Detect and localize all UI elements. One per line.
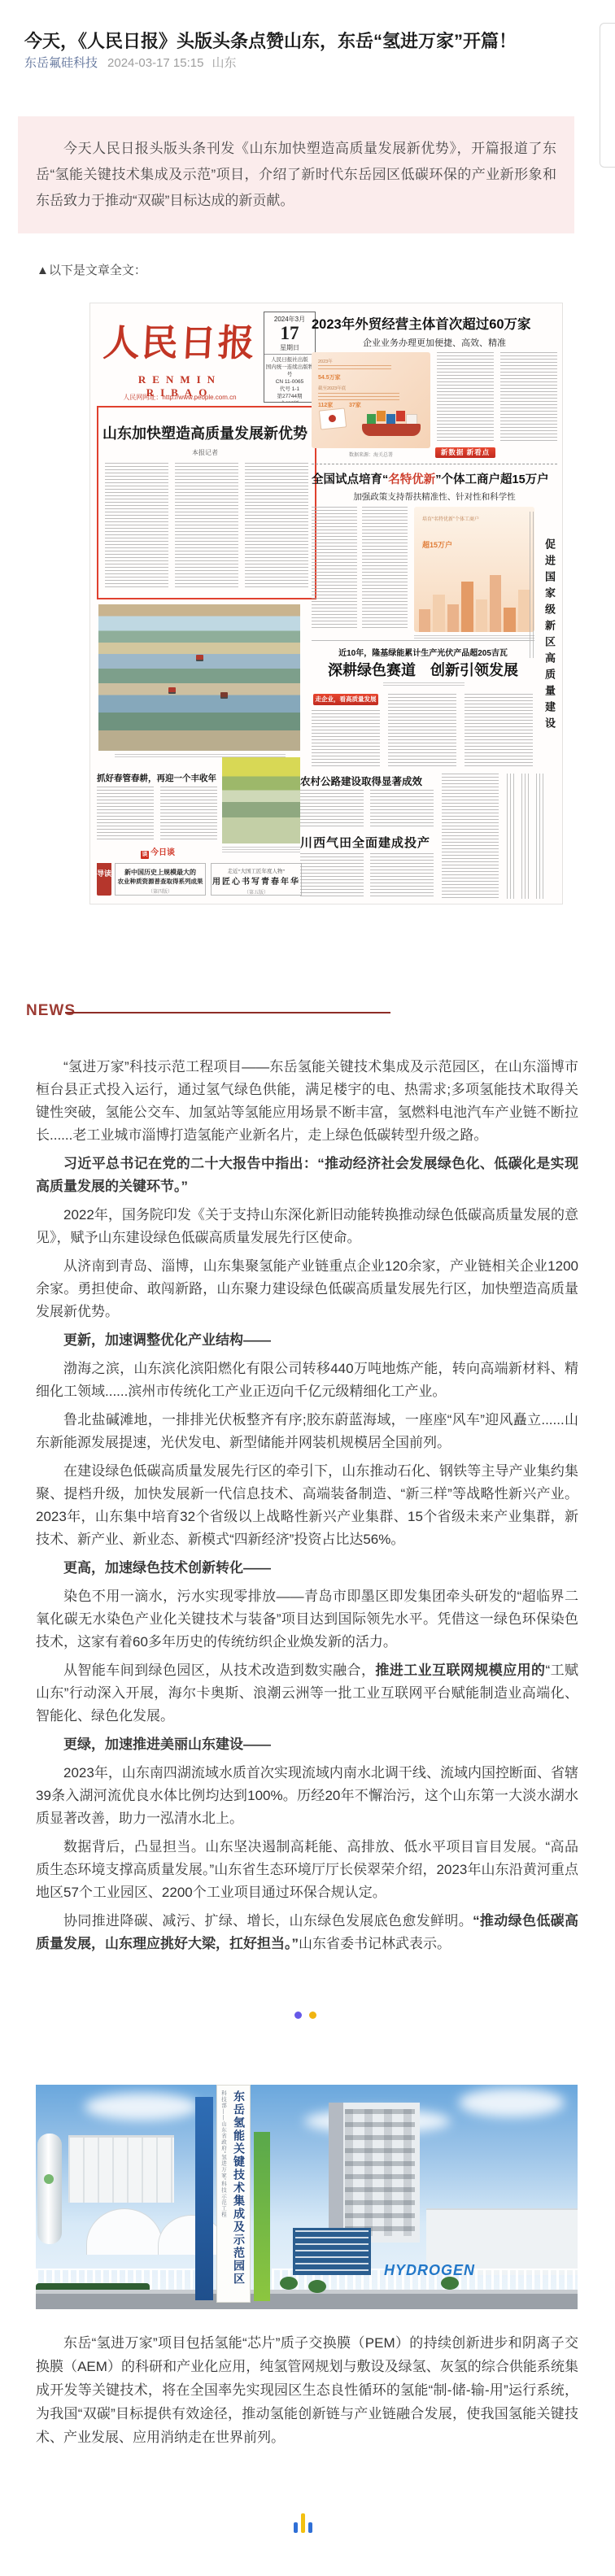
infographic-label: 培育“名特优新”个体工商户 bbox=[422, 515, 479, 522]
simulated-text bbox=[97, 787, 154, 840]
article-paragraph: 2022年，国务院印发《关于支持山东深化新旧动能转换推动绿色低碳高质量发展的意见… bbox=[36, 1204, 578, 1249]
reading-guide-item: 走近“大国工匠年度人物” 用匠心书写青春年华 （第五版） bbox=[211, 863, 302, 896]
simulated-text bbox=[388, 694, 456, 767]
reading-guide-tab: 导读 bbox=[97, 863, 111, 896]
news-divider-label: NEWS bbox=[26, 1002, 76, 1020]
vertical-headline: 促进国家级新区高质量建设 bbox=[539, 507, 557, 765]
shops-infographic: 培育“名特优新”个体工商户 超15万户 bbox=[414, 507, 534, 632]
rapeseed-photo bbox=[222, 757, 300, 843]
divider bbox=[312, 464, 557, 464]
green-sign-pillar bbox=[254, 2132, 270, 2301]
trade-headline: 2023年外贸经营主体首次超过60万家 bbox=[312, 313, 557, 333]
storage-tank bbox=[37, 2134, 62, 2244]
trade-badge: 新数据 新看点 bbox=[435, 447, 495, 458]
white-building bbox=[68, 2135, 174, 2203]
simulated-caption bbox=[222, 847, 300, 854]
farmland-photo bbox=[98, 604, 300, 751]
trade-subheadline: 企业业务办理更加便捷、高效、精准 bbox=[312, 336, 557, 349]
np-date-day: 17 bbox=[264, 324, 315, 343]
simulated-text bbox=[521, 774, 530, 899]
article-paragraph: 协同推进降碳、减污、扩绿、增长，山东绿色发展底色愈发鲜明。“推动绿色低碳高质量发… bbox=[36, 1910, 578, 1955]
laptop-illustration bbox=[319, 408, 347, 429]
simulated-text bbox=[507, 774, 515, 899]
station-canopy bbox=[158, 2215, 225, 2255]
trade-infographic: 2023年 54.5万家 截至2023年底 112家 37家 bbox=[312, 352, 430, 448]
shops-subheadline: 加强政策支持帮扶精准性、针对性和科学性 bbox=[312, 490, 557, 503]
article-meta: 东岳氟硅科技2024-03-17 15:15山东 bbox=[24, 54, 586, 71]
article-paragraph: 更高，加速绿色技术创新转化—— bbox=[36, 1557, 578, 1580]
article-page: 今天，《人民日报》头版头条点赞山东，东岳“氢进万家”开篇！ 东岳氟硅科技2024… bbox=[0, 0, 615, 2576]
tall-gray-building bbox=[329, 2103, 420, 2243]
simulated-text bbox=[465, 694, 533, 767]
gas-headline: 川西气田全面建成投产 bbox=[300, 834, 438, 851]
simulated-text bbox=[105, 463, 168, 590]
infographic-stat: 37家 bbox=[349, 401, 361, 409]
newspaper-date-box: 2024年3月 17 星期日 人民日报社出版 国内统一连续出版物号 CN 11-… bbox=[264, 312, 316, 403]
simulated-text bbox=[442, 774, 499, 899]
summary-box: 今天人民日报头版头条刊发《山东加快塑造高质量发展新优势》，开篇报道了东岳“氢能关… bbox=[18, 116, 574, 233]
longi-kicker: 近10年，隆基绿能累计生产光伏产品超205吉瓦 bbox=[312, 646, 534, 658]
np-serial: 国内统一连续出版物号 bbox=[264, 364, 315, 378]
floating-side-panel[interactable] bbox=[600, 23, 615, 168]
longi-headline: 深耕绿色赛道 创新引领发展 bbox=[312, 659, 534, 680]
reading-guide-item: 新中国历史上规模最大的 农业种质资源普查取得系列成果 （第四版） bbox=[115, 863, 206, 896]
simulated-text bbox=[370, 853, 434, 899]
simulated-text bbox=[300, 790, 364, 827]
account-link[interactable]: 东岳氟硅科技 bbox=[24, 56, 98, 70]
cargo-container bbox=[396, 411, 405, 421]
lead-byline: 本报记者 bbox=[102, 448, 308, 457]
np-issue: 第27744期 bbox=[264, 393, 315, 400]
article-body: “氢进万家”科技示范工程项目——东岳氢能关键技术集成及示范园区，在山东淄博市桓台… bbox=[36, 1056, 578, 1961]
article-paragraph: 更绿，加速推进美丽山东建设—— bbox=[36, 1733, 578, 1756]
simulated-text bbox=[318, 393, 399, 401]
ship-hull bbox=[362, 424, 421, 436]
article-paragraph: 东岳“氢进万家”项目包括氢能“芯片”质子交换膜（PEM）的持续创新进步和阴离子交… bbox=[36, 2331, 578, 2449]
trade-data-source: 数据来源：海关总署 bbox=[312, 451, 430, 458]
page-title: 今天，《人民日报》头版头条点赞山东，东岳“氢进万家”开篇！ bbox=[24, 28, 586, 54]
newspaper-masthead: 人民日报 bbox=[98, 313, 260, 366]
np-code: CN 11-0065 bbox=[264, 378, 315, 386]
simulated-text bbox=[536, 774, 544, 899]
simulated-text bbox=[383, 682, 465, 686]
road bbox=[36, 2290, 578, 2309]
np-pages: 今日8版 bbox=[264, 400, 315, 403]
article-paragraph: “氢进万家”科技示范工程项目——东岳氢能关键技术集成及示范园区，在山东淄博市桓台… bbox=[36, 1056, 578, 1147]
simulated-text bbox=[414, 635, 534, 639]
lead-article-box: 山东加快塑造高质量发展新优势 本报记者 bbox=[97, 406, 316, 599]
display-board bbox=[293, 2228, 371, 2275]
article-paragraph: 从济南到青岛、淄博，山东集聚氢能产业链重点企业120余家，产业链相关企业1200… bbox=[36, 1255, 578, 1323]
blue-sign-pillar bbox=[195, 2097, 213, 2300]
simulated-text bbox=[318, 365, 391, 372]
infographic-stat: 112家 bbox=[318, 401, 333, 409]
infographic-label: 截至2023年底 bbox=[318, 385, 346, 391]
spring-headline: 抓好春管春耕，再迎一个丰收年 bbox=[97, 772, 219, 784]
article-paragraph: 渤海之滨，山东滨化滨阳燃化有限公司转移440万吨地炼产能，转向高端新材料、精细化… bbox=[36, 1358, 578, 1403]
divider bbox=[312, 640, 534, 641]
simulated-text bbox=[312, 710, 380, 767]
separator-dot bbox=[294, 2012, 302, 2019]
article-paragraph: 数据背后，凸显担当。山东坚决遏制高耗能、高排放、低水平项目盲目发展。“高品质生态… bbox=[36, 1836, 578, 1904]
newspaper-site-url: 人民网网址：http://www.people.com.cn bbox=[100, 393, 260, 402]
article-paragraph: 从智能车间到绿色园区，从技术改造到数实融合，推进工业互联网规模应用的“工赋山东”… bbox=[36, 1659, 578, 1728]
simulated-text bbox=[370, 790, 434, 827]
hydrogen-label: HYDROGEN bbox=[384, 2262, 475, 2279]
park-sign-subtext: 科技部——山东省政府“氢进万家”科技示范工程 bbox=[220, 2090, 227, 2277]
simulated-text bbox=[500, 352, 557, 443]
today-talk-tag: 谈今日谈 bbox=[97, 845, 219, 859]
lead-headline: 山东加快塑造高质量发展新优势 bbox=[102, 422, 308, 443]
summary-text: 今天人民日报头版头条刊发《山东加快塑造高质量发展新优势》，开篇报道了东岳“氢能关… bbox=[36, 136, 556, 214]
simulated-text bbox=[245, 463, 308, 590]
infographic-stat: 54.5万家 bbox=[318, 373, 341, 381]
infographic-stat: 超15万户 bbox=[422, 539, 452, 550]
np-daihao: 代号 1-1 bbox=[264, 386, 315, 393]
publish-time: 2024-03-17 15:15 bbox=[107, 56, 203, 70]
cargo-container bbox=[377, 411, 386, 421]
dongyue-logo bbox=[44, 2174, 54, 2184]
longi-badge: 走企业，看高质量发展 bbox=[313, 694, 378, 705]
rural-headline: 农村公路建设取得显著成效 bbox=[300, 774, 438, 788]
article-paragraph: 2023年，山东南四湖流域水质首次实现流域内南水北调干线、流域内国控断面、省辖3… bbox=[36, 1762, 578, 1830]
np-publisher: 人民日报社出版 bbox=[264, 356, 315, 364]
np-date-weekday: 星期日 bbox=[264, 343, 315, 355]
publish-location: 山东 bbox=[212, 56, 236, 70]
simulated-text bbox=[160, 787, 217, 840]
article-paragraph: 鲁北盐碱滩地，一排排光伏板整齐有序;胶东蔚蓝海域，一座座“风车”迎风矗立....… bbox=[36, 1409, 578, 1454]
separator-dot bbox=[309, 2012, 316, 2019]
footer-logo-icon bbox=[286, 2510, 319, 2533]
simulated-text bbox=[437, 352, 494, 443]
article-paragraph: 习近平总书记在党的二十大报告中指出：“推动经济社会发展绿色化、低碳化是实现高质量… bbox=[36, 1153, 578, 1198]
simulated-text bbox=[175, 463, 238, 590]
news-divider-line bbox=[65, 1012, 390, 1013]
simulated-text bbox=[312, 507, 357, 630]
hydrogen-park-photo[interactable]: 东岳氢能关键技术集成及示范园区 科技部——山东省政府“氢进万家”科技示范工程 H… bbox=[36, 2085, 578, 2309]
main-sign-pillar: 东岳氢能关键技术集成及示范园区 科技部——山东省政府“氢进万家”科技示范工程 bbox=[216, 2085, 251, 2303]
simulated-text bbox=[300, 853, 364, 899]
closing-paragraph: 东岳“氢进万家”项目包括氢能“芯片”质子交换膜（PEM）的持续创新进步和阴离子交… bbox=[36, 2331, 578, 2449]
fulltext-label: ▲以下是文章全文： bbox=[37, 261, 146, 278]
article-paragraph: 染色不用一滴水，污水实现零排放——青岛市即墨区即发集团牵头研发的“超临界二氧化碳… bbox=[36, 1585, 578, 1654]
cityscape-illustration bbox=[414, 575, 534, 632]
station-canopy bbox=[86, 2208, 163, 2255]
simulated-text bbox=[362, 507, 408, 630]
article-paragraph: 更新，加速调整优化产业结构—— bbox=[36, 1329, 578, 1352]
article-paragraph: 在建设绿色低碳高质量发展先行区的牵引下，山东推动石化、钢铁等主导产业集约集聚、提… bbox=[36, 1460, 578, 1551]
park-sign-text: 东岳氢能关键技术集成及示范园区 bbox=[231, 2090, 247, 2294]
today-talk-icon: 谈 bbox=[141, 851, 149, 859]
infographic-label: 2023年 bbox=[318, 358, 333, 364]
newspaper-image[interactable]: 人民日报 RENMIN RIBAO 人民网网址：http://www.peopl… bbox=[89, 303, 563, 904]
simulated-text bbox=[530, 512, 536, 658]
shops-headline: 全国试点培育“名特优新”个体工商户超15万户 bbox=[312, 470, 557, 487]
